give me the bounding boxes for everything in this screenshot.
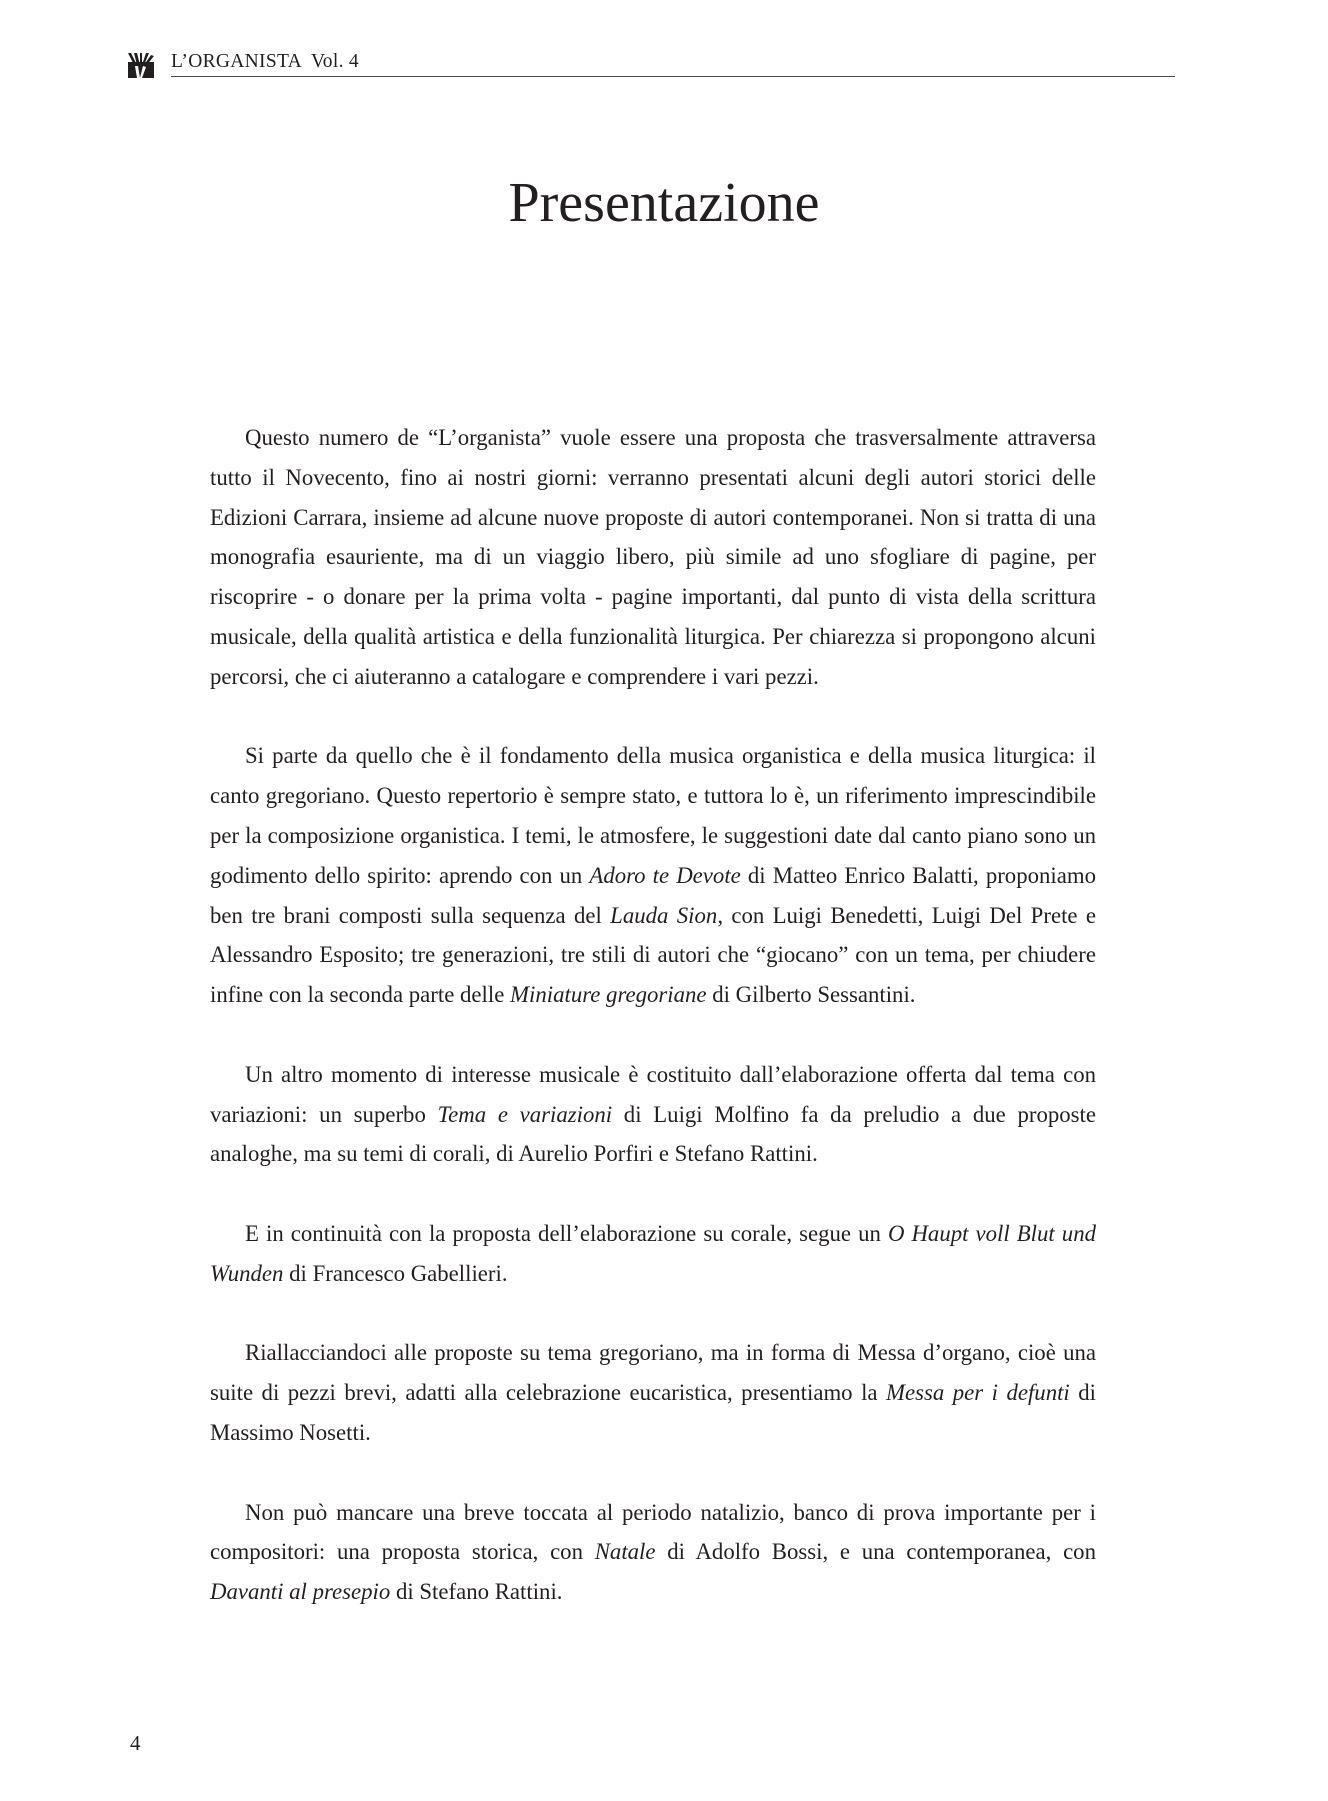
italic-title: Miniature gregoriane [510, 982, 707, 1007]
paragraph: Non può mancare una breve toccata al per… [210, 1493, 1096, 1612]
paragraph: Si parte da quello che è il fondamento d… [210, 736, 1096, 1015]
running-head: L’ORGANISTA Vol. 4 [128, 50, 1175, 80]
paragraph: Un altro momento di interesse musicale è… [210, 1055, 1096, 1174]
italic-title: Natale [595, 1539, 656, 1564]
paragraph: Questo numero de “L’organista” vuole ess… [210, 418, 1096, 697]
paragraph: Riallacciandoci alle proposte su tema gr… [210, 1333, 1096, 1452]
text-run: di Gilberto Sessantini. [707, 982, 916, 1007]
text-run: di Adolfo Bossi, e una contemporanea, co… [656, 1539, 1096, 1564]
body-text: Questo numero de “L’organista” vuole ess… [210, 418, 1096, 1652]
header-rule [171, 76, 1175, 77]
page-title: Presentazione [0, 170, 1328, 236]
italic-title: Adoro te Devote [589, 863, 740, 888]
italic-title: Davanti al presepio [210, 1579, 390, 1604]
text-run: E in continuità con la proposta dell’ela… [245, 1221, 888, 1246]
text-run: di Stefano Rattini. [390, 1579, 562, 1604]
text-run: Questo numero de “L’organista” vuole ess… [210, 425, 1096, 689]
running-head-title: L’ORGANISTA Vol. 4 [171, 51, 359, 73]
paragraph: E in continuità con la proposta dell’ela… [210, 1214, 1096, 1294]
italic-title: Lauda Sion [610, 903, 717, 928]
italic-title: Messa per i defunti [886, 1380, 1070, 1405]
text-run: di Francesco Gabellieri. [283, 1261, 507, 1286]
organ-pipes-logo-icon [128, 53, 154, 78]
italic-title: Tema e variazioni [438, 1102, 613, 1127]
page-number: 4 [130, 1730, 141, 1756]
